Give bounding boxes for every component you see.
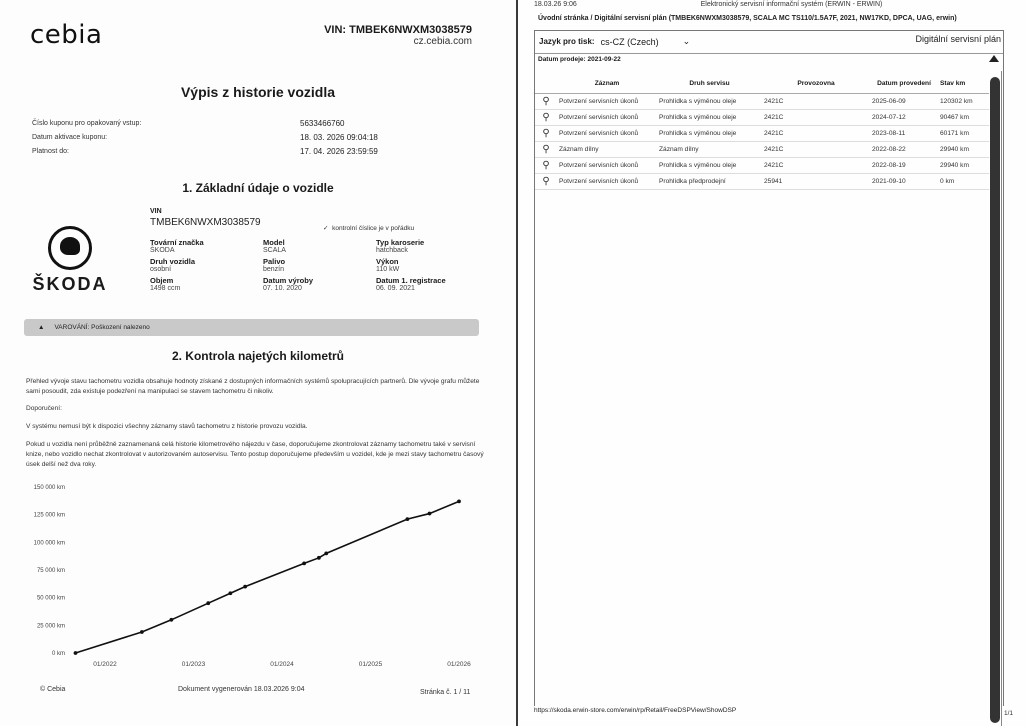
vin-label: VIN xyxy=(150,208,490,215)
recommendation-label: Doporučení: xyxy=(26,404,486,414)
cebia-logo: cebia xyxy=(30,20,102,50)
y-tick-label: 50 000 km xyxy=(37,596,65,602)
x-tick-label: 01/2026 xyxy=(447,661,471,668)
field-value: 07. 10. 2020 xyxy=(263,285,376,292)
cell-date: 2023-08-11 xyxy=(870,125,938,141)
print-language-select[interactable]: Jazyk pro tisk: cs-CZ (Czech) ⌄ xyxy=(539,36,690,47)
checkmark-icon: ✓ xyxy=(323,225,328,232)
cell-date: 2022-08-22 xyxy=(870,141,938,157)
cell-km: 0 km xyxy=(938,173,989,189)
odometer-line xyxy=(76,501,460,653)
search-icon[interactable]: ⚲ xyxy=(535,157,557,173)
data-point xyxy=(140,630,144,634)
table-row[interactable]: ⚲ Potvrzení servisních úkonů Prohlídka s… xyxy=(535,125,989,141)
field-label: Výkon xyxy=(376,257,489,266)
coupon-value: 18. 03. 2026 09:04:18 xyxy=(300,133,378,142)
service-records-table: Záznam Druh servisu Provozovna Datum pro… xyxy=(535,75,989,190)
cell-record: Záznam dílny xyxy=(557,141,657,157)
recommendation-paragraph-1: V systému nemusí být k dispozici všechny… xyxy=(26,422,486,432)
field-label: Palivo xyxy=(263,257,376,266)
cell-km: 29940 km xyxy=(938,157,989,173)
field-value: benzín xyxy=(263,266,376,273)
table-row[interactable]: ⚲ Potvrzení servisních úkonů Prohlídka p… xyxy=(535,173,989,189)
vehicle-field: Datum výroby07. 10. 2020 xyxy=(263,276,376,292)
coupon-value: 5633466760 xyxy=(300,119,345,128)
y-tick-label: 100 000 km xyxy=(34,540,65,546)
cell-shop: 2421C xyxy=(762,93,870,109)
field-label: Tovární značka xyxy=(150,238,263,247)
vin-check-text: kontrolní číslice je v pořádku xyxy=(332,225,414,232)
field-label: Druh vozidla xyxy=(150,257,263,266)
vehicle-field: Typ karoseriehatchback xyxy=(376,238,489,254)
vehicle-fields-grid: Tovární značkaŠKODAModelSCALATyp karoser… xyxy=(150,238,490,292)
cell-shop: 2421C xyxy=(762,125,870,141)
coupon-row: Datum aktivace kuponu:18. 03. 2026 09:04… xyxy=(32,130,462,144)
data-point xyxy=(428,512,432,516)
cell-date: 2021-09-10 xyxy=(870,173,938,189)
vin-header-text: VIN: TMBEK6NWXM3038579 xyxy=(324,24,472,36)
cell-type: Prohlídka s výměnou oleje xyxy=(657,125,762,141)
vehicle-field: Palivobenzín xyxy=(263,257,376,273)
data-point xyxy=(228,591,232,595)
column-icon xyxy=(535,75,557,93)
panel-title: Digitální servisní plán xyxy=(915,34,1001,44)
x-tick-label: 01/2023 xyxy=(182,661,206,668)
section-2-title: 2. Kontrola najetých kilometrů xyxy=(0,349,516,363)
search-icon[interactable]: ⚲ xyxy=(535,173,557,189)
cell-date: 2025-06-09 xyxy=(870,93,938,109)
vehicle-field: Výkon110 kW xyxy=(376,257,489,273)
intro-paragraph: Přehled vývoje stavu tachometru vozidla … xyxy=(26,377,486,397)
search-icon[interactable]: ⚲ xyxy=(535,93,557,109)
language-label: Jazyk pro tisk: xyxy=(539,37,595,46)
field-value: SCALA xyxy=(263,247,376,254)
data-point xyxy=(317,556,321,560)
vehicle-field: Druh vozidlaosobní xyxy=(150,257,263,273)
vin-check: ✓ kontrolní číslice je v pořádku xyxy=(323,224,414,232)
field-label: Objem xyxy=(150,276,263,285)
field-value: osobní xyxy=(150,266,263,273)
column-header[interactable]: Provozovna xyxy=(762,75,870,93)
page-url[interactable]: https://skoda.erwin-store.com/erwin/rp/R… xyxy=(534,707,736,714)
field-label: Datum 1. registrace xyxy=(376,276,489,285)
site-link[interactable]: cz.cebia.com xyxy=(324,36,472,47)
vehicle-field: ModelSCALA xyxy=(263,238,376,254)
field-label: Model xyxy=(263,238,376,247)
coupon-label: Datum aktivace kuponu: xyxy=(32,134,300,141)
cebia-report-page: cebia VIN: TMBEK6NWXM3038579 cz.cebia.co… xyxy=(0,0,516,726)
vin-header: VIN: TMBEK6NWXM3038579 cz.cebia.com xyxy=(324,24,472,47)
erwin-service-plan-page: 18.03.26 9:06 Elektronický servisní info… xyxy=(518,0,1025,726)
y-tick-label: 75 000 km xyxy=(37,568,65,574)
cell-km: 29940 km xyxy=(938,141,989,157)
coupon-value: 17. 04. 2026 23:59:59 xyxy=(300,147,378,156)
warning-text: VAROVÁNÍ: Poškození nalezeno xyxy=(54,324,149,331)
sale-date: Datum prodeje: 2021-09-22 xyxy=(535,53,1003,65)
coupon-row: Platnost do:17. 04. 2026 23:59:59 xyxy=(32,144,462,158)
footer-generated: Dokument vygenerován 18.03.2026 9:04 xyxy=(178,686,304,693)
y-tick-label: 150 000 km xyxy=(34,485,65,491)
scroll-up-arrow-icon[interactable] xyxy=(989,55,999,62)
skoda-logo: ŠKODA xyxy=(18,226,122,295)
column-header[interactable]: Stav km xyxy=(938,75,989,93)
cell-record: Potvrzení servisních úkonů xyxy=(557,157,657,173)
skoda-wordmark: ŠKODA xyxy=(18,274,122,295)
vehicle-field: Objem1498 ccm xyxy=(150,276,263,292)
data-point xyxy=(206,601,210,605)
cell-record: Potvrzení servisních úkonů xyxy=(557,173,657,189)
search-icon[interactable]: ⚲ xyxy=(535,141,557,157)
coupon-row: Číslo kuponu pro opakovaný vstup:5633466… xyxy=(32,116,462,130)
service-plan-panel: Jazyk pro tisk: cs-CZ (Czech) ⌄ Digitáln… xyxy=(534,30,1004,706)
language-value[interactable]: cs-CZ (Czech) xyxy=(601,37,659,47)
data-point xyxy=(457,499,461,503)
data-point xyxy=(169,618,173,622)
cell-type: Prohlídka s výměnou oleje xyxy=(657,93,762,109)
cell-record: Potvrzení servisních úkonů xyxy=(557,109,657,125)
x-tick-label: 01/2025 xyxy=(359,661,383,668)
vehicle-field: Datum 1. registrace06. 09. 2021 xyxy=(376,276,489,292)
skoda-arrow-icon xyxy=(48,226,92,270)
data-point xyxy=(302,561,306,565)
column-header[interactable]: Druh servisu xyxy=(657,75,762,93)
table-row[interactable]: ⚲ Potvrzení servisních úkonů Prohlídka s… xyxy=(535,109,989,125)
cell-km: 90467 km xyxy=(938,109,989,125)
x-tick-label: 01/2024 xyxy=(270,661,294,668)
cell-shop: 2421C xyxy=(762,109,870,125)
field-value: 06. 09. 2021 xyxy=(376,285,489,292)
cell-date: 2022-08-19 xyxy=(870,157,938,173)
data-point xyxy=(405,517,409,521)
search-icon[interactable]: ⚲ xyxy=(535,109,557,125)
cell-km: 120302 km xyxy=(938,93,989,109)
field-value: 110 kW xyxy=(376,266,489,273)
vin-value: TMBEK6NWXM3038579 xyxy=(150,217,490,228)
footer-page-number: Stránka č. 1 / 11 xyxy=(420,689,470,696)
y-tick-label: 25 000 km xyxy=(37,623,65,629)
cell-type: Prohlídka předprodejní xyxy=(657,173,762,189)
coupon-info: Číslo kuponu pro opakovaný vstup:5633466… xyxy=(32,116,462,158)
cell-date: 2024-07-12 xyxy=(870,109,938,125)
cell-shop: 2421C xyxy=(762,141,870,157)
data-point xyxy=(324,552,328,556)
page-number: 1/1 xyxy=(1004,710,1013,717)
data-point xyxy=(74,651,78,655)
column-header[interactable]: Záznam xyxy=(557,75,657,93)
x-tick-label: 01/2022 xyxy=(93,661,117,668)
cell-shop: 25941 xyxy=(762,173,870,189)
coupon-label: Platnost do: xyxy=(32,148,300,155)
field-value: 1498 ccm xyxy=(150,285,263,292)
field-value: hatchback xyxy=(376,247,489,254)
cell-type: Záznam dílny xyxy=(657,141,762,157)
search-icon[interactable]: ⚲ xyxy=(535,125,557,141)
cell-type: Prohlídka s výměnou oleje xyxy=(657,157,762,173)
warning-triangle-icon: ▲ xyxy=(38,324,44,331)
cell-km: 60171 km xyxy=(938,125,989,141)
table-row[interactable]: ⚲ Potvrzení servisních úkonů Prohlídka s… xyxy=(535,93,989,109)
field-label: Typ karoserie xyxy=(376,238,489,247)
cell-shop: 2421C xyxy=(762,157,870,173)
data-point xyxy=(243,585,247,589)
vehicle-details: VIN TMBEK6NWXM3038579 ✓ kontrolní číslic… xyxy=(150,208,490,292)
y-tick-label: 0 km xyxy=(52,651,65,657)
table-row[interactable]: ⚲ Záznam dílny Záznam dílny 2421C 2022-0… xyxy=(535,141,989,157)
scrollbar-thumb[interactable] xyxy=(990,77,1000,723)
coupon-label: Číslo kuponu pro opakovaný vstup: xyxy=(32,120,300,127)
vehicle-field: Tovární značkaŠKODA xyxy=(150,238,263,254)
cell-record: Potvrzení servisních úkonů xyxy=(557,125,657,141)
field-value: ŠKODA xyxy=(150,247,263,254)
y-tick-label: 125 000 km xyxy=(34,513,65,519)
column-header[interactable]: Datum provedení xyxy=(870,75,938,93)
odometer-chart: 0 km25 000 km50 000 km75 000 km100 000 k… xyxy=(0,475,516,675)
breadcrumb[interactable]: Úvodní stránka / Digitální servisní plán… xyxy=(538,15,957,22)
page-title: Výpis z historie vozidla xyxy=(0,84,516,100)
footer-copyright: © Cebia xyxy=(40,686,65,693)
section-1-title: 1. Základní údaje o vozidle xyxy=(0,181,516,195)
damage-warning-banner: ▲ VAROVÁNÍ: Poškození nalezeno xyxy=(24,319,479,336)
scrollbar-track[interactable] xyxy=(1001,71,1002,726)
cell-record: Potvrzení servisních úkonů xyxy=(557,93,657,109)
cell-type: Prohlídka s výměnou oleje xyxy=(657,109,762,125)
field-label: Datum výroby xyxy=(263,276,376,285)
recommendation-paragraph-2: Pokud u vozidla není průběžně zaznamenan… xyxy=(26,440,486,470)
table-row[interactable]: ⚲ Potvrzení servisních úkonů Prohlídka s… xyxy=(535,157,989,173)
chevron-down-icon[interactable]: ⌄ xyxy=(683,36,691,47)
system-title: Elektronický servisní informační systém … xyxy=(518,1,1025,8)
table-header-row: Záznam Druh servisu Provozovna Datum pro… xyxy=(535,75,989,93)
